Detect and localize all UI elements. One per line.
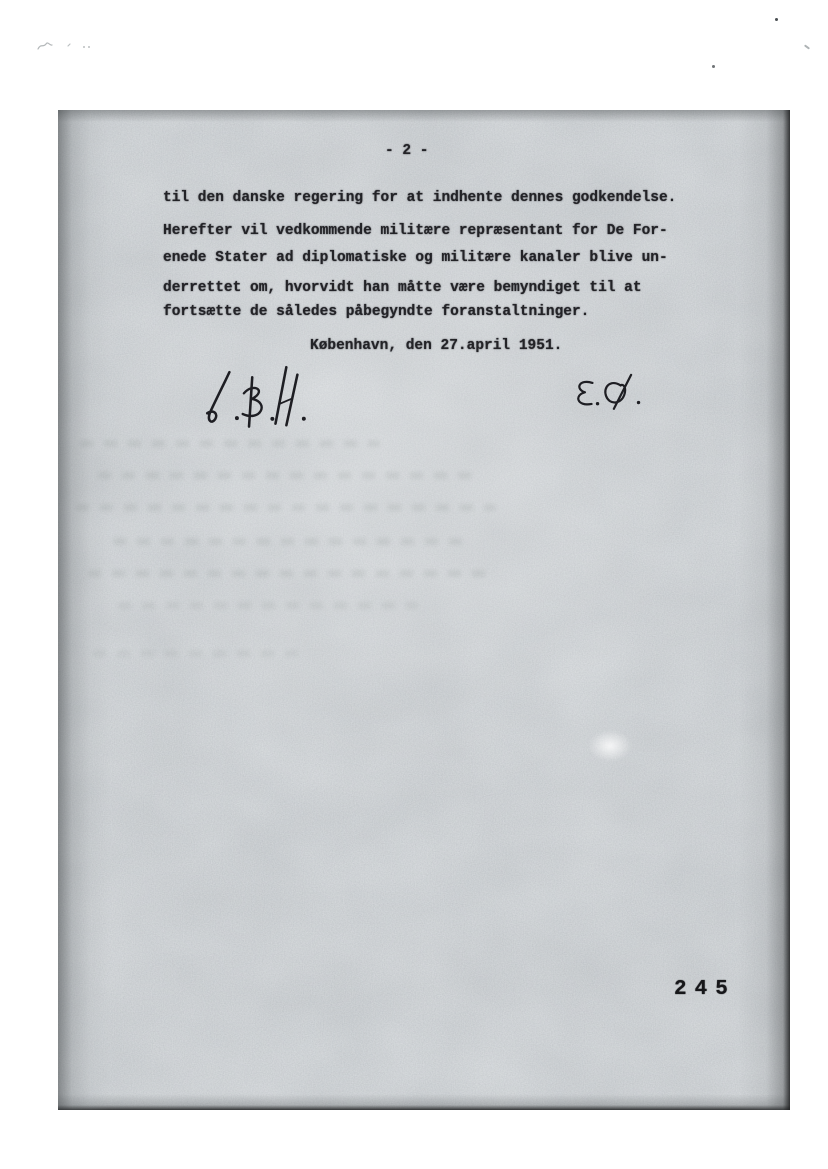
bleed-through-line bbox=[80, 440, 380, 447]
bleed-through-line bbox=[93, 650, 303, 657]
speck-dot bbox=[775, 18, 778, 21]
body-line: Herefter vil vedkommende militære repræs… bbox=[163, 223, 668, 239]
body-line: fortsætte de således påbegyndte foransta… bbox=[163, 304, 589, 320]
page-background: - 2 - til den danske regering for at ind… bbox=[0, 0, 828, 1169]
pencil-mark bbox=[34, 39, 96, 53]
dateline: København, den 27.april 1951. bbox=[310, 338, 562, 354]
speck-smudge bbox=[804, 44, 810, 49]
signature-right-initials bbox=[567, 370, 653, 416]
scanned-page: - 2 - til den danske regering for at ind… bbox=[58, 110, 790, 1110]
signature-left-initials bbox=[190, 361, 310, 435]
paper-bright-spot bbox=[588, 730, 632, 762]
bleed-through-line bbox=[88, 570, 488, 577]
bleed-through-line bbox=[98, 472, 478, 479]
body-line: derrettet om, hvorvidt han måtte være be… bbox=[163, 280, 642, 296]
bleed-through-line bbox=[113, 538, 473, 545]
page-header: - 2 - bbox=[385, 143, 429, 159]
speck-dot bbox=[712, 65, 715, 68]
body-line: enede Stater ad diplomatiske og militære… bbox=[163, 250, 668, 266]
body-line: til den danske regering for at indhente … bbox=[163, 190, 676, 206]
bleed-through-line bbox=[76, 504, 496, 511]
page-number: 245 bbox=[674, 978, 736, 1001]
bleed-through-line bbox=[118, 602, 418, 609]
